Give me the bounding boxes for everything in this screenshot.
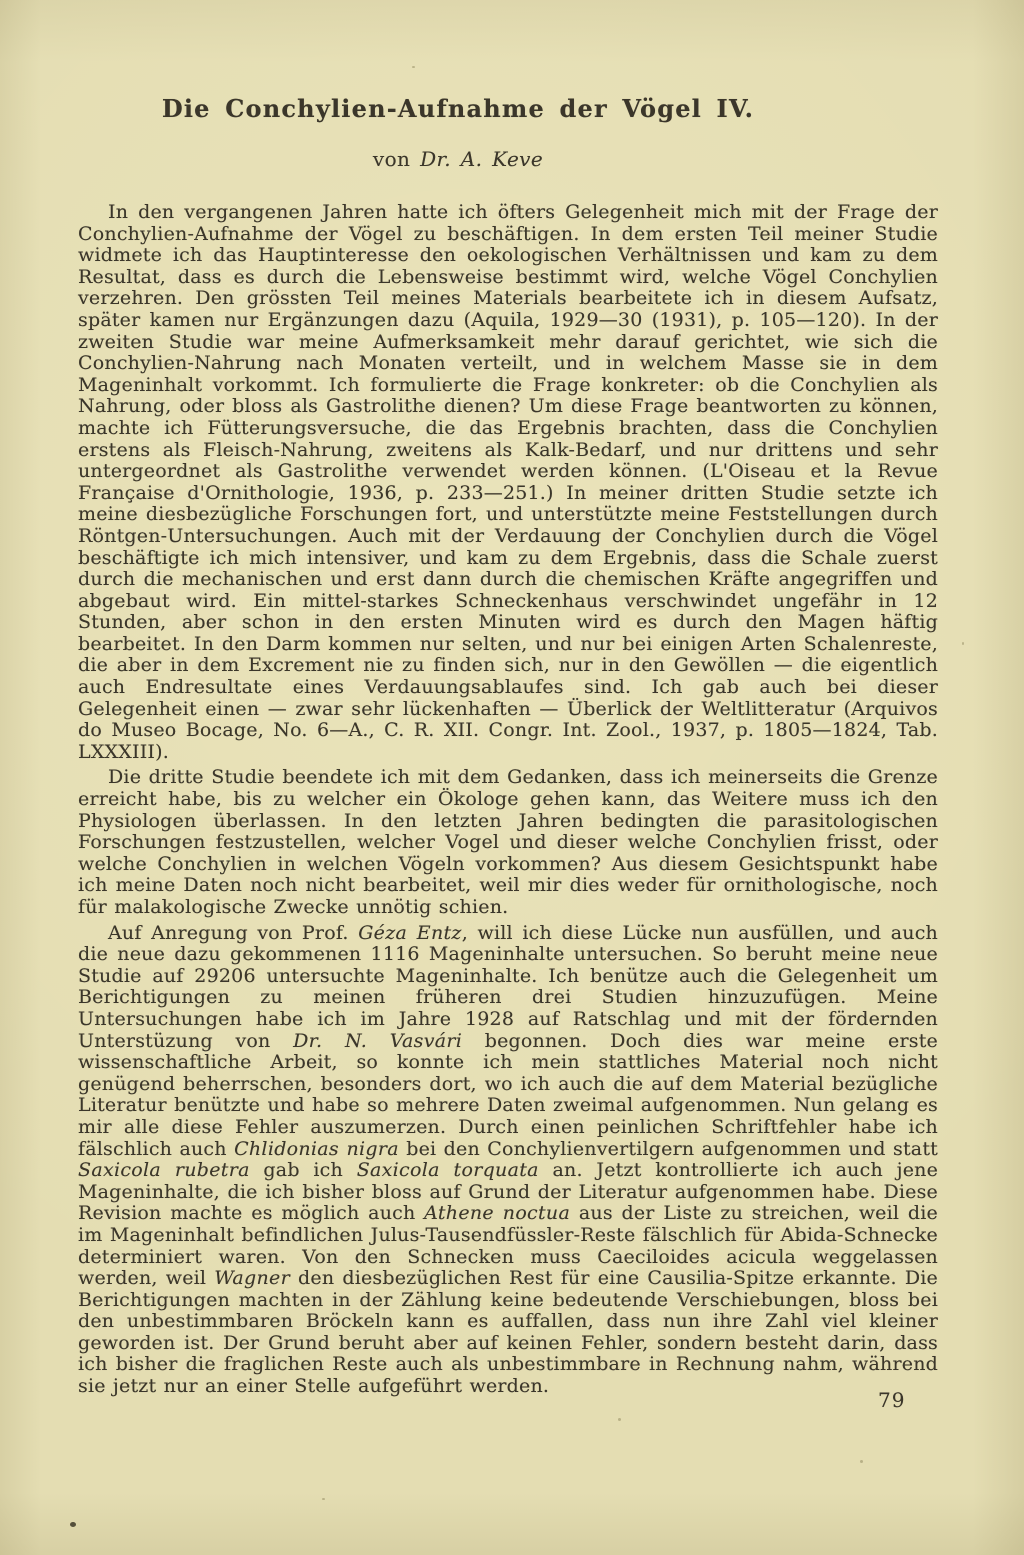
italic-name: Chlidonias nigra [234,1138,399,1160]
paper-speck [322,1498,325,1500]
paragraph-2: Die dritte Studie beendete ich mit dem G… [78,767,938,918]
italic-name: Saxicola torquata [357,1159,539,1181]
paragraph-3: Auf Anregung von Prof. Géza Entz, will i… [78,923,938,1398]
paper-speck [412,66,415,68]
italic-name: Athene noctua [424,1202,570,1224]
italic-name: Wagner [214,1267,290,1289]
byline-prefix: von [373,147,410,171]
page-number: 79 [878,1388,905,1412]
italic-name: Dr. N. Vasvári [293,1030,462,1052]
italic-name: Saxicola rubetra [78,1159,250,1181]
ink-speck [70,1522,76,1527]
scanned-page: Die Conchylien-Aufnahme der Vögel IV. vo… [0,0,1024,1555]
text-run: In den vergangenen Jahren hatte ich öfte… [78,201,938,763]
paper-speck [962,642,964,645]
text-run: Die dritte Studie beendete ich mit dem G… [78,766,938,918]
text-run: Auf Anregung von Prof. [108,922,358,944]
paragraph-1: In den vergangenen Jahren hatte ich öfte… [78,202,938,763]
italic-name: Géza Entz [358,922,462,944]
byline: von Dr. A. Keve [0,147,916,171]
page-title: Die Conchylien-Aufnahme der Vögel IV. [0,94,916,123]
article-body: In den vergangenen Jahren hatte ich öfte… [78,202,938,1398]
paper-speck [618,1418,621,1421]
text-run: gab ich [250,1159,357,1181]
paper-speck [860,1460,863,1463]
text-run: bei den Conchylienvertilgern aufgenommen… [399,1138,938,1160]
author-name: Dr. A. Keve [420,147,543,171]
